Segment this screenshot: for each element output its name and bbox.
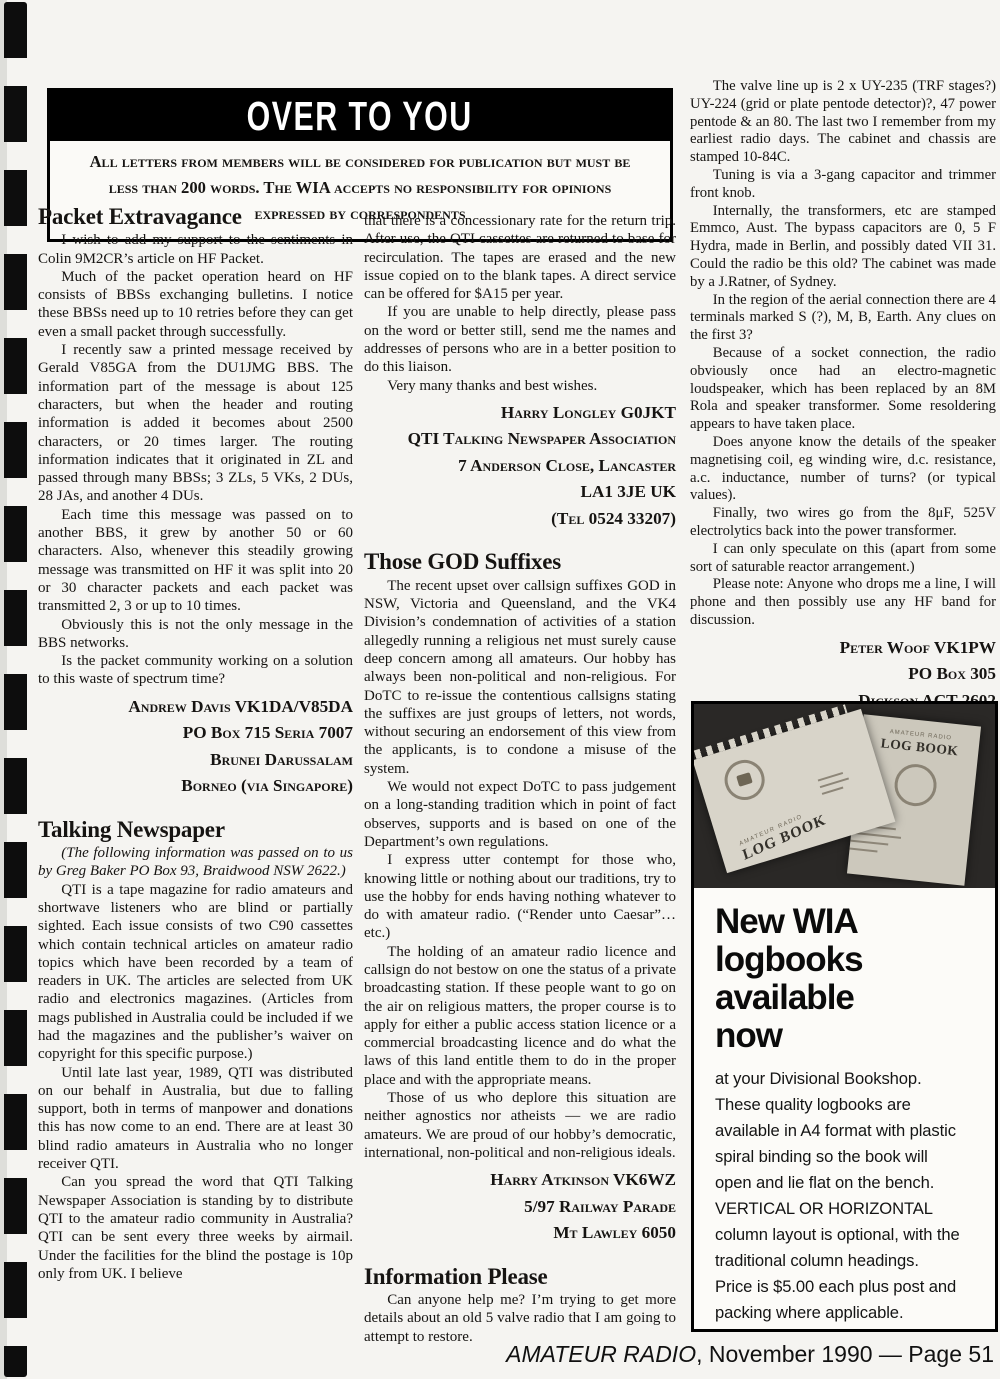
paragraph: Each time this message was passed on to … (38, 506, 353, 616)
spiral-binding-icon (694, 704, 848, 759)
footer-text: , November 1990 — Page 51 (696, 1341, 994, 1367)
logbook-text-lines (816, 766, 852, 800)
signature-line: Mt Lawley 6050 (364, 1220, 676, 1247)
logbook-cover-title: AMATEUR RADIO LOG BOOK (739, 805, 829, 865)
paragraph: The recent upset over callsign suffixes … (364, 577, 676, 778)
signature-line: PO Box 715 Seria 7007 (38, 720, 353, 747)
ad-body-line: available in A4 format with plastic (715, 1118, 987, 1144)
paragraph: Can anyone help me? I’m trying to get mo… (364, 1291, 676, 1346)
signature-block: Andrew Davis VK1DA/V85DA PO Box 715 Seri… (38, 694, 353, 800)
signature-line: Andrew Davis VK1DA/V85DA (38, 694, 353, 721)
notice-line: All letters from members will be conside… (54, 149, 666, 175)
ad-body-line: VERTICAL OR HORIZONTAL (715, 1196, 987, 1222)
paragraph: I can only speculate on this (apart from… (690, 541, 996, 577)
paragraph: Because of a socket connection, the radi… (690, 345, 996, 434)
paragraph: I express utter contempt for those who, … (364, 851, 676, 942)
signature-line: Borneo (via Singapore) (38, 773, 353, 800)
article-heading: Information Please (364, 1268, 676, 1286)
paragraph: The valve line up is 2 x UY-235 (TRF sta… (690, 78, 996, 167)
signature-line: PO Box 305 (690, 661, 996, 688)
headline-line: New WIA (715, 903, 987, 941)
binding-marks (4, 2, 27, 1377)
signature-line: 5/97 Railway Parade (364, 1194, 676, 1221)
signature-line: LA1 3JE UK (364, 479, 676, 506)
paragraph: Does anyone know the details of the spea… (690, 434, 996, 505)
magazine-title: AMATEUR RADIO (506, 1341, 696, 1367)
ad-text: New WIA logbooks available now at your D… (694, 888, 995, 1326)
signature-line: Harry Longley G0JKT (364, 400, 676, 427)
magazine-page: OVER TO YOU All letters from members wil… (0, 0, 1000, 1379)
signature-line: Brunei Darussalam (38, 747, 353, 774)
paragraph: Finally, two wires go from the 8μF, 525V… (690, 505, 996, 541)
paragraph: In the region of the aerial connection t… (690, 292, 996, 345)
paragraph: Can you spread the word that QTI Talking… (38, 1173, 353, 1283)
wia-logo-icon (720, 755, 770, 805)
paragraph: I recently saw a printed message receive… (38, 341, 353, 506)
headline-line: now (715, 1017, 987, 1055)
wia-logbooks-ad: AMATEUR RADIO LOG BOOK AMATEUR RADIO LOG… (691, 701, 998, 1332)
paragraph: I wish to add my support to the sentimen… (38, 231, 353, 268)
article-heading: Talking Newspaper (38, 821, 353, 839)
logbooks-photo: AMATEUR RADIO LOG BOOK AMATEUR RADIO LOG… (694, 704, 995, 888)
wia-logo-icon (892, 762, 938, 808)
paragraph: Until late last year, 1989, QTI was dist… (38, 1064, 353, 1174)
ad-body-line: packing where applicable. (715, 1300, 987, 1326)
signature-line: QTI Talking Newspaper Association (364, 426, 676, 453)
paragraph: Very many thanks and best wishes. (364, 377, 676, 395)
paragraph: (The following information was passed on… (38, 844, 353, 881)
signature-line: Peter Woof VK1PW (690, 635, 996, 662)
paragraph: QTI is a tape magazine for radio amateur… (38, 881, 353, 1064)
column-1: Packet Extravagance I wish to add my sup… (38, 208, 353, 1283)
paragraph: Those of us who deplore this situation a… (364, 1089, 676, 1162)
ad-body-line: traditional column headings. (715, 1248, 987, 1274)
ad-body-line: These quality logbooks are (715, 1092, 987, 1118)
masthead-title-bar: OVER TO YOU (50, 91, 670, 141)
paragraph: We would not expect DoTC to pass judgeme… (364, 778, 676, 851)
ad-body-line: column layout is optional, with the (715, 1222, 987, 1248)
paragraph: Tuning is via a 3-gang capacitor and tri… (690, 167, 996, 203)
ad-body-line: Price is $5.00 each plus post and (715, 1274, 987, 1300)
signature-block: Harry Longley G0JKT QTI Talking Newspape… (364, 400, 676, 533)
notice-line: less than 200 words. The WIA accepts no … (54, 175, 666, 201)
signature-line: (Tel 0524 33207) (364, 506, 676, 533)
paragraph: Obviously this is not the only message i… (38, 616, 353, 653)
ad-body: at your Divisional Bookshop. These quali… (715, 1066, 987, 1326)
paragraph: Is the packet community working on a sol… (38, 652, 353, 689)
wia-emblem-icon (736, 772, 753, 787)
masthead-title: OVER TO YOU (247, 93, 473, 140)
paragraph: If you are unable to help directly, plea… (364, 303, 676, 376)
paragraph: The holding of an amateur radio licence … (364, 943, 676, 1089)
paragraph: Please note: Anyone who drops me a line,… (690, 576, 996, 629)
ad-headline: New WIA logbooks available now (715, 903, 987, 1055)
article-heading: Those GOD Suffixes (364, 553, 676, 571)
article-heading: Packet Extravagance (38, 208, 353, 226)
ad-body-line: at your Divisional Bookshop. (715, 1066, 987, 1092)
column-2: that there is a concessionary rate for t… (364, 212, 676, 1346)
page-footer: AMATEUR RADIO, November 1990 — Page 51 (506, 1341, 994, 1368)
column-3: The valve line up is 2 x UY-235 (TRF sta… (690, 78, 996, 736)
paragraph: Internally, the transformers, etc are st… (690, 203, 996, 292)
paragraph: that there is a concessionary rate for t… (364, 212, 676, 303)
ad-body-line: open and lie flat on the bench. (715, 1170, 987, 1196)
signature-block: Harry Atkinson VK6WZ 5/97 Railway Parade… (364, 1167, 676, 1247)
signature-line: 7 Anderson Close, Lancaster (364, 453, 676, 480)
paragraph: Much of the packet operation heard on HF… (38, 268, 353, 341)
headline-line: available (715, 979, 987, 1017)
ad-body-line: spiral binding so the book will (715, 1144, 987, 1170)
signature-line: Harry Atkinson VK6WZ (364, 1167, 676, 1194)
headline-line: logbooks (715, 941, 987, 979)
